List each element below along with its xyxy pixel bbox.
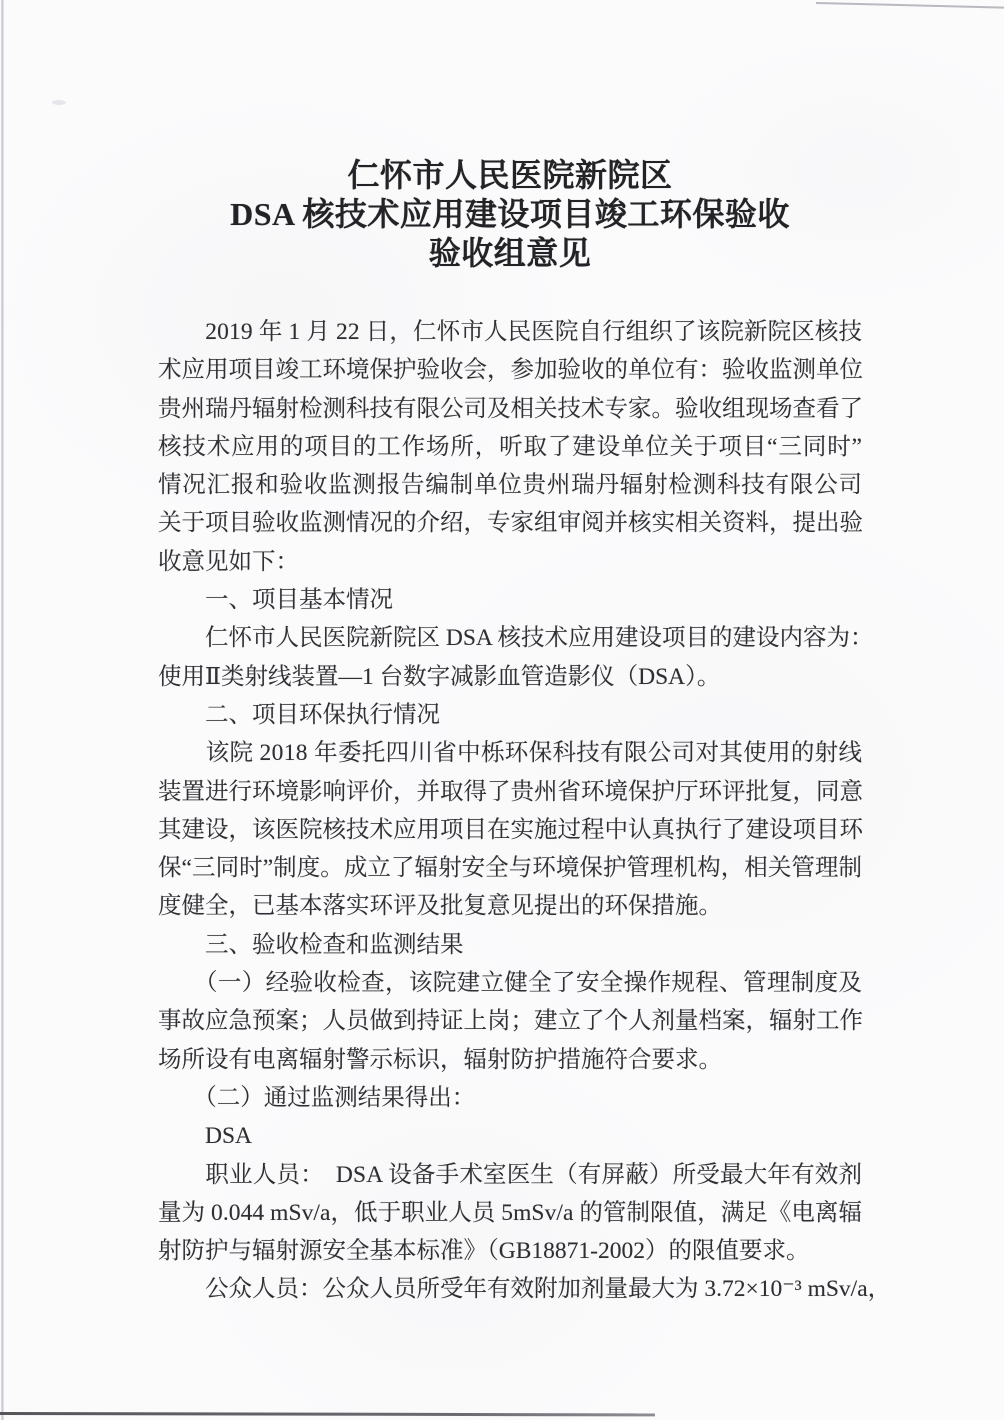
doc-line: 职业人员： DSA 设备手术室医生（有屏蔽）所受最大年有效剂: [158, 1156, 862, 1194]
title-line-3: 验收组意见: [158, 234, 862, 273]
doc-line: 事故应急预案；人员做到持证上岗；建立了个人剂量档案，辐射工作: [158, 1002, 862, 1040]
doc-line: 术应用项目竣工环境保护验收会，参加验收的单位有：验收监测单位: [158, 351, 862, 389]
doc-line: 其建设，该医院核技术应用项目在实施过程中认真执行了建设项目环: [158, 811, 862, 849]
scanned-page: 仁怀市人民医院新院区 DSA 核技术应用建设项目竣工环保验收 验收组意见 201…: [0, 0, 1004, 1420]
doc-line: 收意见如下：: [158, 543, 862, 581]
scan-top-right-line: [816, 2, 1004, 8]
doc-line: 关于项目验收监测情况的介绍，专家组审阅并核实相关资料，提出验: [158, 504, 862, 542]
title-line-1: 仁怀市人民医院新院区: [158, 156, 862, 195]
doc-line: 场所设有电离辐射警示标识，辐射防护措施符合要求。: [158, 1041, 862, 1079]
doc-line: 射防护与辐射源安全基本标准》（GB18871-2002）的限值要求。: [158, 1232, 862, 1270]
scan-left-edge-line: [1, 0, 4, 1420]
doc-line: 使用Ⅱ类射线装置—1 台数字减影血管造影仪（DSA）。: [158, 658, 862, 696]
doc-line: 该院 2018 年委托四川省中栎环保科技有限公司对其使用的射线: [158, 734, 862, 772]
document-body: 2019 年 1 月 22 日，仁怀市人民医院自行组织了该院新院区核技 术应用项…: [158, 313, 862, 1309]
document-title: 仁怀市人民医院新院区 DSA 核技术应用建设项目竣工环保验收 验收组意见: [158, 156, 862, 273]
doc-line: 仁怀市人民医院新院区 DSA 核技术应用建设项目的建设内容为：: [158, 619, 862, 657]
doc-line: DSA: [158, 1117, 862, 1155]
doc-line: 情况汇报和验收监测报告编制单位贵州瑞丹辐射检测科技有限公司: [158, 466, 862, 504]
scan-bottom-edge-line: [0, 1412, 655, 1416]
doc-line: 装置进行环境影响评价，并取得了贵州省环境保护厅环评批复，同意: [158, 773, 862, 811]
doc-line: 公众人员：公众人员所受年有效附加剂量最大为 3.72×10⁻³ mSv/a，: [158, 1270, 862, 1308]
doc-line: 保“三同时”制度。成立了辐射安全与环境保护管理机构，相关管理制: [158, 849, 862, 887]
doc-line-heading: 三、验收检查和监测结果: [158, 926, 862, 964]
title-line-2: DSA 核技术应用建设项目竣工环保验收: [158, 195, 862, 234]
doc-line: 量为 0.044 mSv/a，低于职业人员 5mSv/a 的管制限值，满足《电离…: [158, 1194, 862, 1232]
doc-line: 2019 年 1 月 22 日，仁怀市人民医院自行组织了该院新院区核技: [158, 313, 862, 351]
doc-line: （二）通过监测结果得出：: [158, 1079, 862, 1117]
doc-line: 度健全，已基本落实环评及批复意见提出的环保措施。: [158, 887, 862, 925]
doc-line: 贵州瑞丹辐射检测科技有限公司及相关技术专家。验收组现场查看了: [158, 390, 862, 428]
scan-smudge: [52, 100, 66, 105]
doc-line: 核技术应用的项目的工作场所，听取了建设单位关于项目“三同时”: [158, 428, 862, 466]
doc-line-heading: 二、项目环保执行情况: [158, 696, 862, 734]
doc-line: （一）经验收检查，该院建立健全了安全操作规程、管理制度及: [158, 964, 862, 1002]
doc-line-heading: 一、项目基本情况: [158, 581, 862, 619]
